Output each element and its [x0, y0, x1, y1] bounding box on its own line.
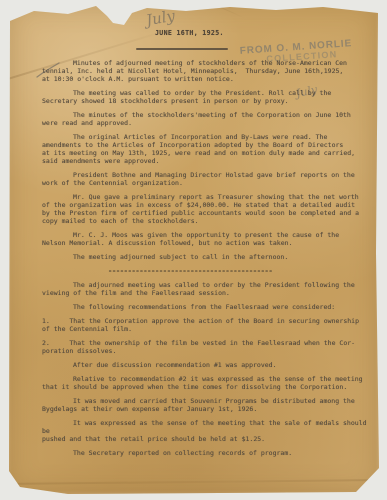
- typed-separator: ----------------------------------------…: [42, 267, 378, 275]
- paragraph: Minutes of adjourned meeting of stockhol…: [42, 59, 378, 83]
- document-body: Minutes of adjourned meeting of stockhol…: [42, 59, 378, 463]
- scan-background: July JUNE 16TH, 1925. FROM O. M. NORLIE …: [0, 0, 387, 500]
- paragraph: It was moved and carried that Souvenir P…: [42, 397, 378, 413]
- paragraph: After due discussion recommendation #1 w…: [42, 361, 378, 369]
- paragraph: The meeting adjourned subject to call in…: [42, 253, 378, 261]
- paragraph-numbered-1: 1. That the Corporation approve the acti…: [42, 317, 378, 333]
- paragraph: Mr. Que gave a preliminary report as Tre…: [42, 193, 378, 225]
- paragraph: The adjourned meeting was called to orde…: [42, 281, 378, 297]
- paragraph: The Secretary reported on collecting rec…: [42, 449, 378, 457]
- paragraph: The following recommendations from the F…: [42, 303, 378, 311]
- paper-sheet: July JUNE 16TH, 1925. FROM O. M. NORLIE …: [8, 3, 379, 494]
- pencil-annotation-top: July: [145, 7, 177, 30]
- paragraph: The original Articles of Incorporation a…: [42, 133, 378, 165]
- date-underline: [136, 48, 228, 50]
- paragraph: Mr. C. J. Moos was given the opportunity…: [42, 231, 378, 247]
- paragraph: President Bothne and Managing Director H…: [42, 171, 378, 187]
- paragraph: The meeting was called to order by the P…: [42, 89, 378, 105]
- paragraph: It was expressed as the sense of the mee…: [42, 419, 378, 443]
- paragraph-numbered-2: 2. That the ownership of the film be ves…: [42, 339, 378, 355]
- paper-crease: [8, 479, 379, 485]
- date-heading: JUNE 16TH, 1925.: [155, 29, 224, 37]
- paragraph: Relative to recommendation #2 it was exp…: [42, 375, 378, 391]
- paragraph: The minutes of the stockholders'meeting …: [42, 111, 378, 127]
